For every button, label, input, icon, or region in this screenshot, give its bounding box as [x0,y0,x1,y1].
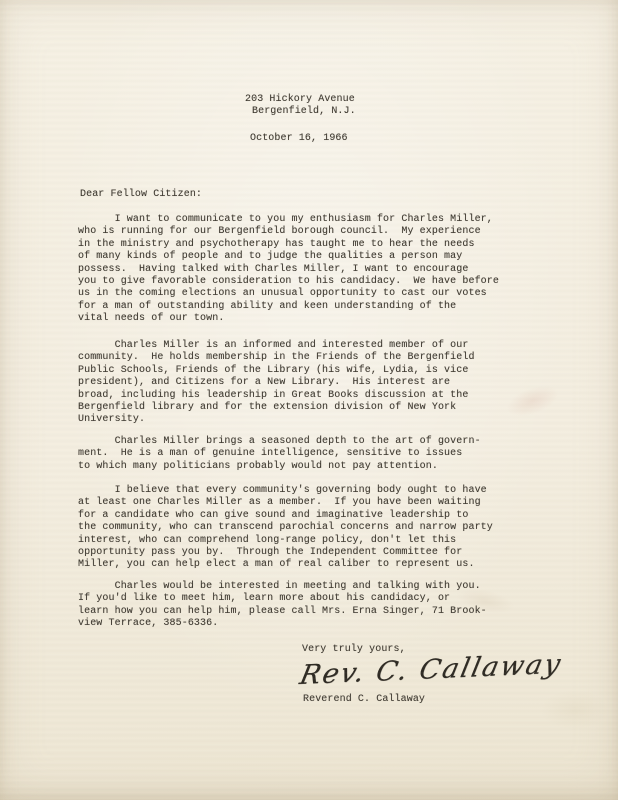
typed-signature-name: Reverend C. Callaway [303,694,425,706]
paper-stain [540,690,610,730]
paragraph-1: I want to communicate to you my enthusia… [78,214,499,326]
paragraph-5: Charles would be interested in meeting a… [78,581,487,631]
return-address-line2: Bergenfield, N.J. [252,106,356,118]
paragraph-4: I believe that every community's governi… [78,485,493,572]
date-line: October 16, 1966 [250,133,348,145]
paragraph-3: Charles Miller brings a seasoned depth t… [78,436,481,473]
paper-stain [502,379,563,422]
closing-line: Very truly yours, [302,644,406,656]
letter-page: 203 Hickory Avenue Bergenfield, N.J. Oct… [0,0,618,800]
salutation: Dear Fellow Citizen: [80,189,202,201]
paragraph-2: Charles Miller is an informed and intere… [78,340,475,427]
return-address-line1: 203 Hickory Avenue [245,94,355,106]
